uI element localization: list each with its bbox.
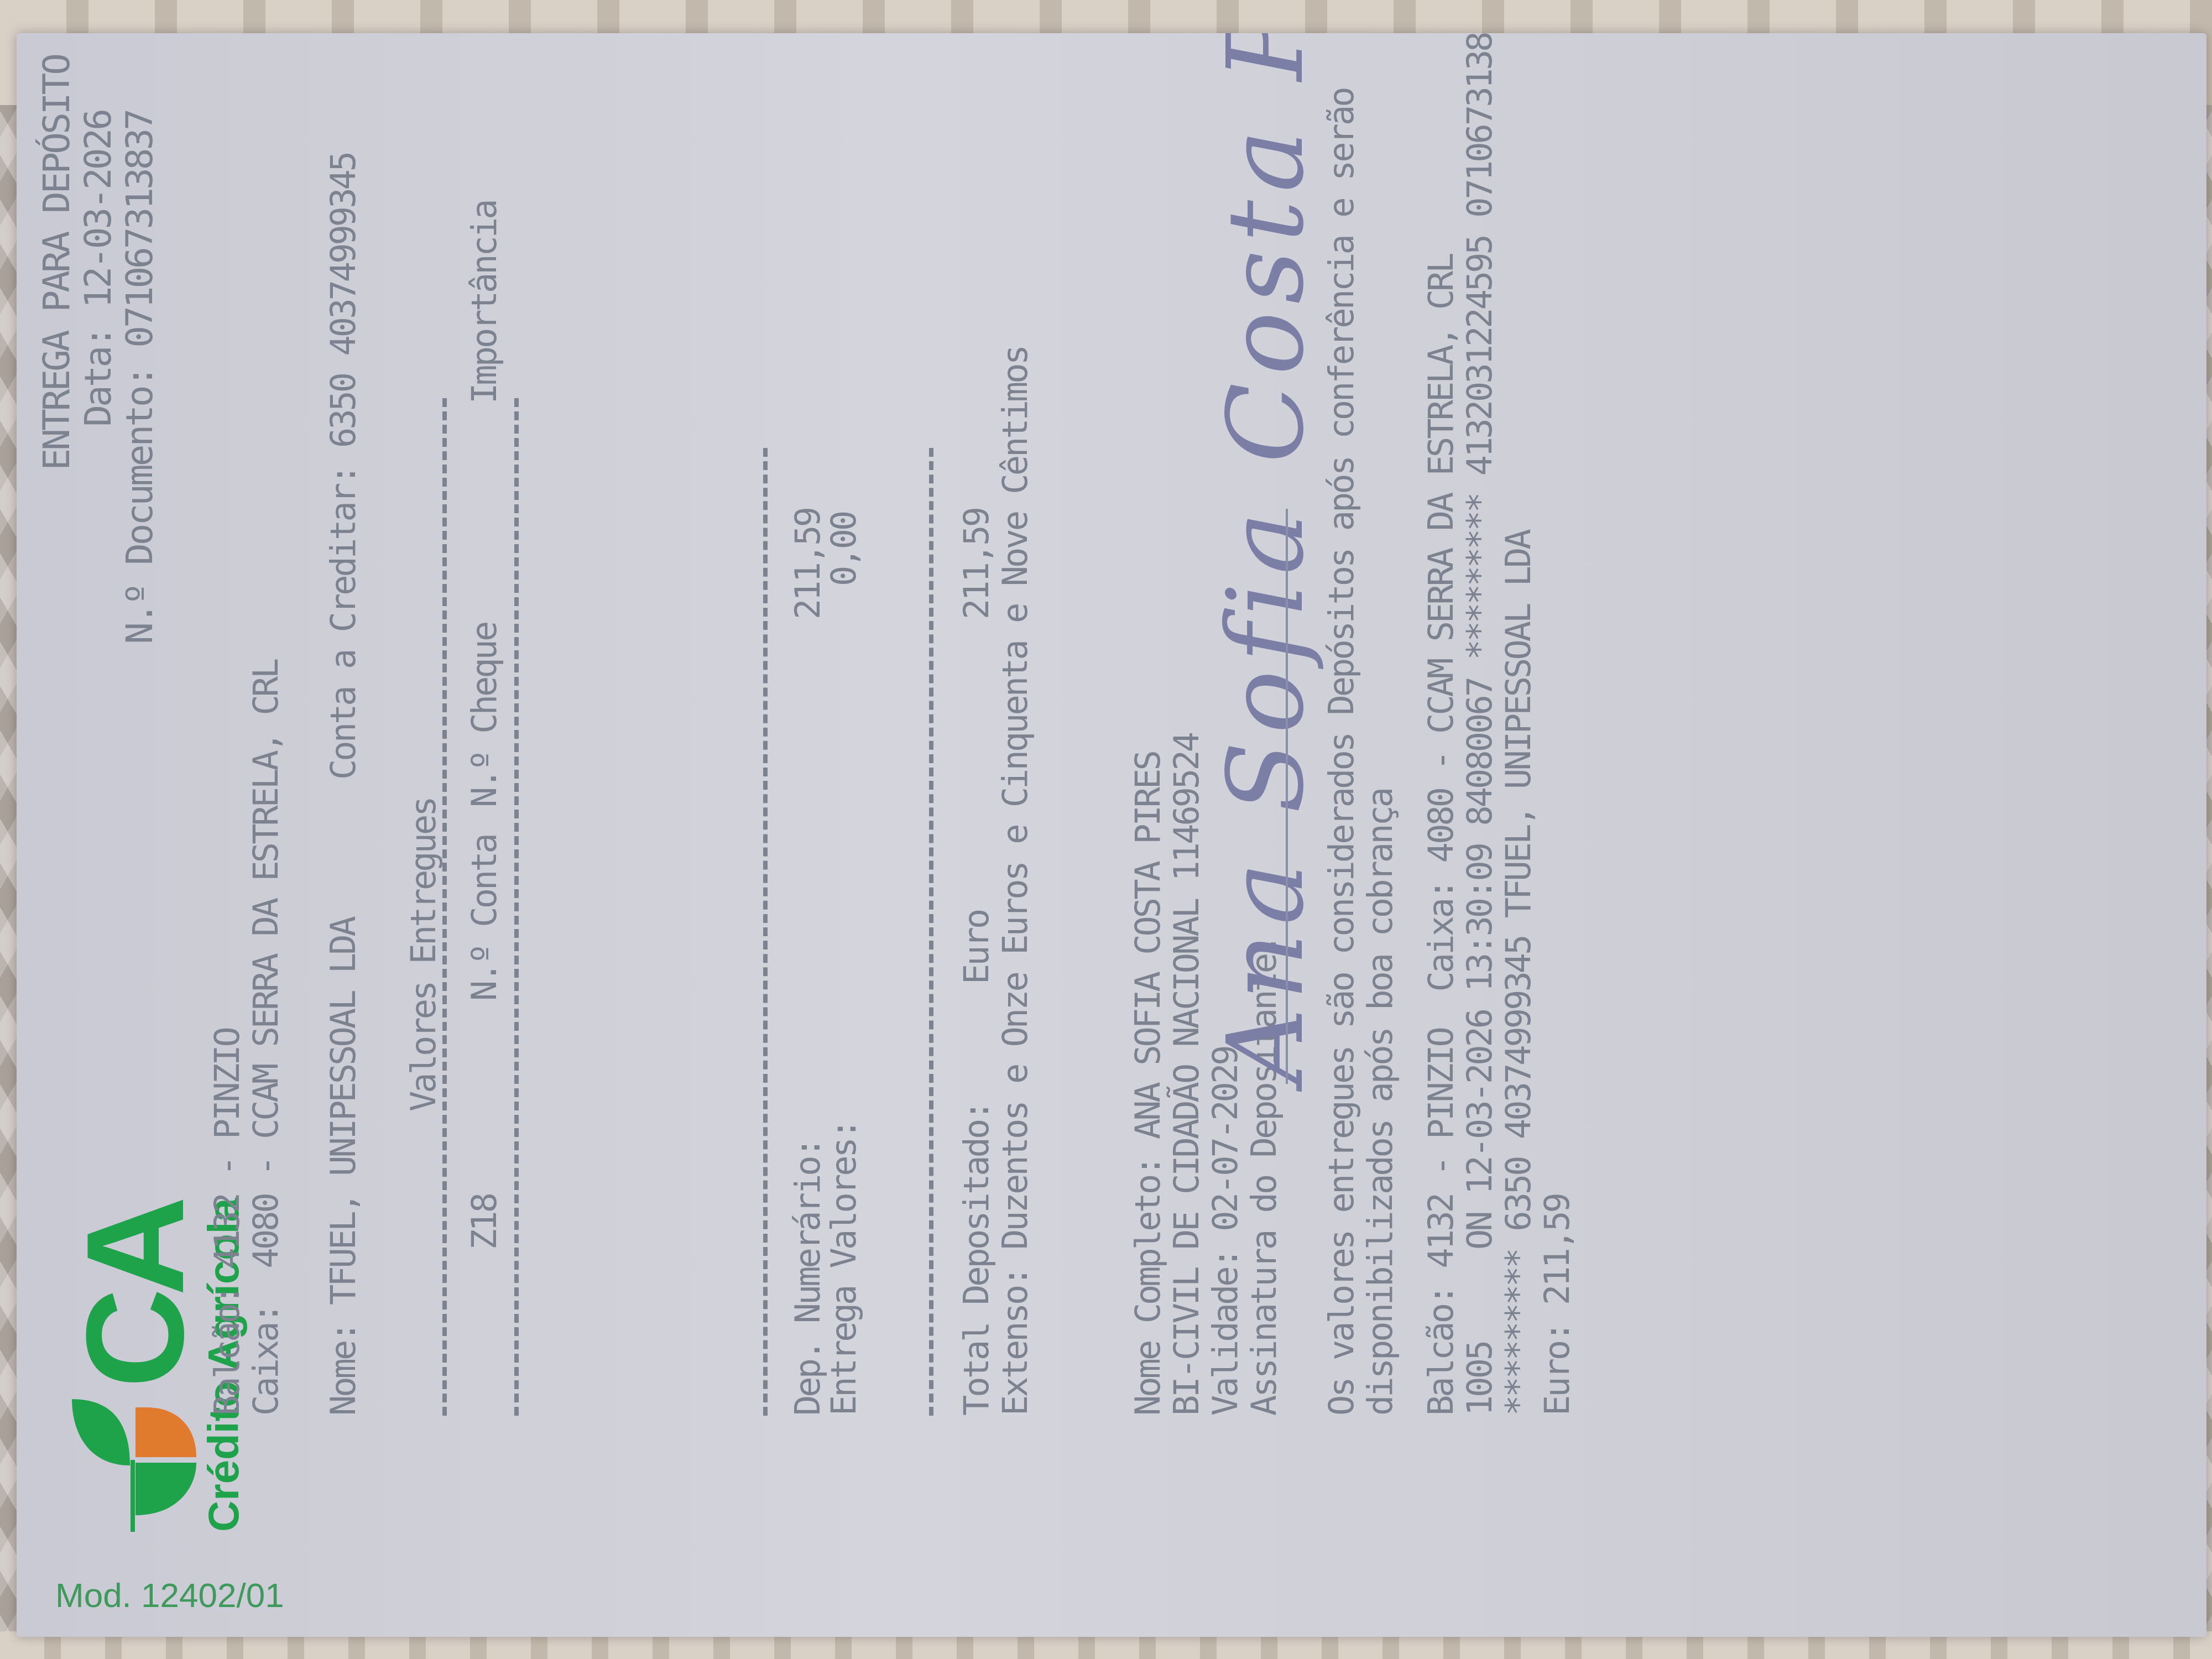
handwritten-signature: Ana Sofia Costa Pires — [1206, 33, 1327, 1084]
receipt-content: ENTREGA PARA DEPÓSITO Data: 12-03-2026 N… — [17, 33, 2206, 1637]
cash-deposit-label: Dep. Numerário: — [788, 1139, 827, 1416]
footer-line-4: Euro: 211,59 — [1537, 1194, 1577, 1416]
column-header-code: Z18 — [465, 1194, 504, 1250]
leaf-logo-icon — [66, 1394, 199, 1537]
values-delivered-label: Entrega Valores: — [824, 1121, 863, 1416]
column-header-cheque: N.º Cheque — [465, 623, 504, 807]
values-table-title: Valores Entregues — [404, 798, 443, 1112]
notice-line-2: disponibilizados após boa cobrança — [1360, 789, 1400, 1416]
footer-line-1: Balcão: 4132 - PINZIO Caixa: 4080 - CCAM… — [1421, 254, 1460, 1416]
credit-account: Conta a Creditar: 6350 40374999345 — [324, 153, 363, 780]
notice-line-1: Os valores entregues são considerados De… — [1322, 88, 1361, 1416]
dashed-divider — [514, 398, 519, 1416]
total-deposited-value: 211,59 — [957, 509, 996, 619]
document-title: ENTREGA PARA DEPÓSITO — [36, 55, 78, 470]
footer-line-3: ********* 6350 40374999345 TFUEL, UNIPES… — [1499, 531, 1538, 1416]
deposit-receipt: ENTREGA PARA DEPÓSITO Data: 12-03-2026 N… — [17, 33, 2206, 1637]
form-model-number: Mod. 12402/01 — [55, 1576, 284, 1615]
depositor-id-validity: Validade: 02-07-2029 — [1206, 1047, 1245, 1416]
depositor-full-name: Nome Completo: ANA SOFIA COSTA PIRES — [1128, 752, 1167, 1416]
account-holder-name: Nome: TFUEL, UNIPESSOAL LDA — [324, 918, 363, 1416]
total-deposited-label: Total Depositado: — [957, 1102, 996, 1416]
values-delivered-value: 0,00 — [824, 513, 863, 586]
dashed-divider — [929, 448, 933, 1416]
amount-in-words: Extenso: Duzentos e Onze Euros e Cinquen… — [995, 347, 1035, 1416]
column-header-account: N.º Conta — [465, 835, 504, 1001]
dashed-divider — [763, 448, 768, 1416]
document-number: N.º Documento: 071067313837 — [119, 111, 161, 644]
footer-line-2: 1005 ON 12-03-2026 13:30:09 84080067 ***… — [1460, 33, 1499, 1416]
logo-ca-text: CA — [66, 1204, 205, 1388]
document-date: Data: 12-03-2026 — [77, 111, 119, 427]
cash-deposit-value: 211,59 — [788, 509, 827, 619]
column-header-amount: Importância — [465, 201, 504, 404]
signature-line — [1286, 509, 1288, 1084]
total-currency: Euro — [957, 911, 996, 984]
branch-line: Balcão: 4132 - PINZIO — [207, 1029, 247, 1416]
cashier-line: Caixa: 4080 - CCAM SERRA DA ESTRELA, CRL — [246, 660, 285, 1416]
depositor-id-document: BI-CIVIL DE CIDADÃO NACIONAL 11469524 — [1167, 734, 1206, 1416]
dashed-divider — [442, 398, 447, 1416]
